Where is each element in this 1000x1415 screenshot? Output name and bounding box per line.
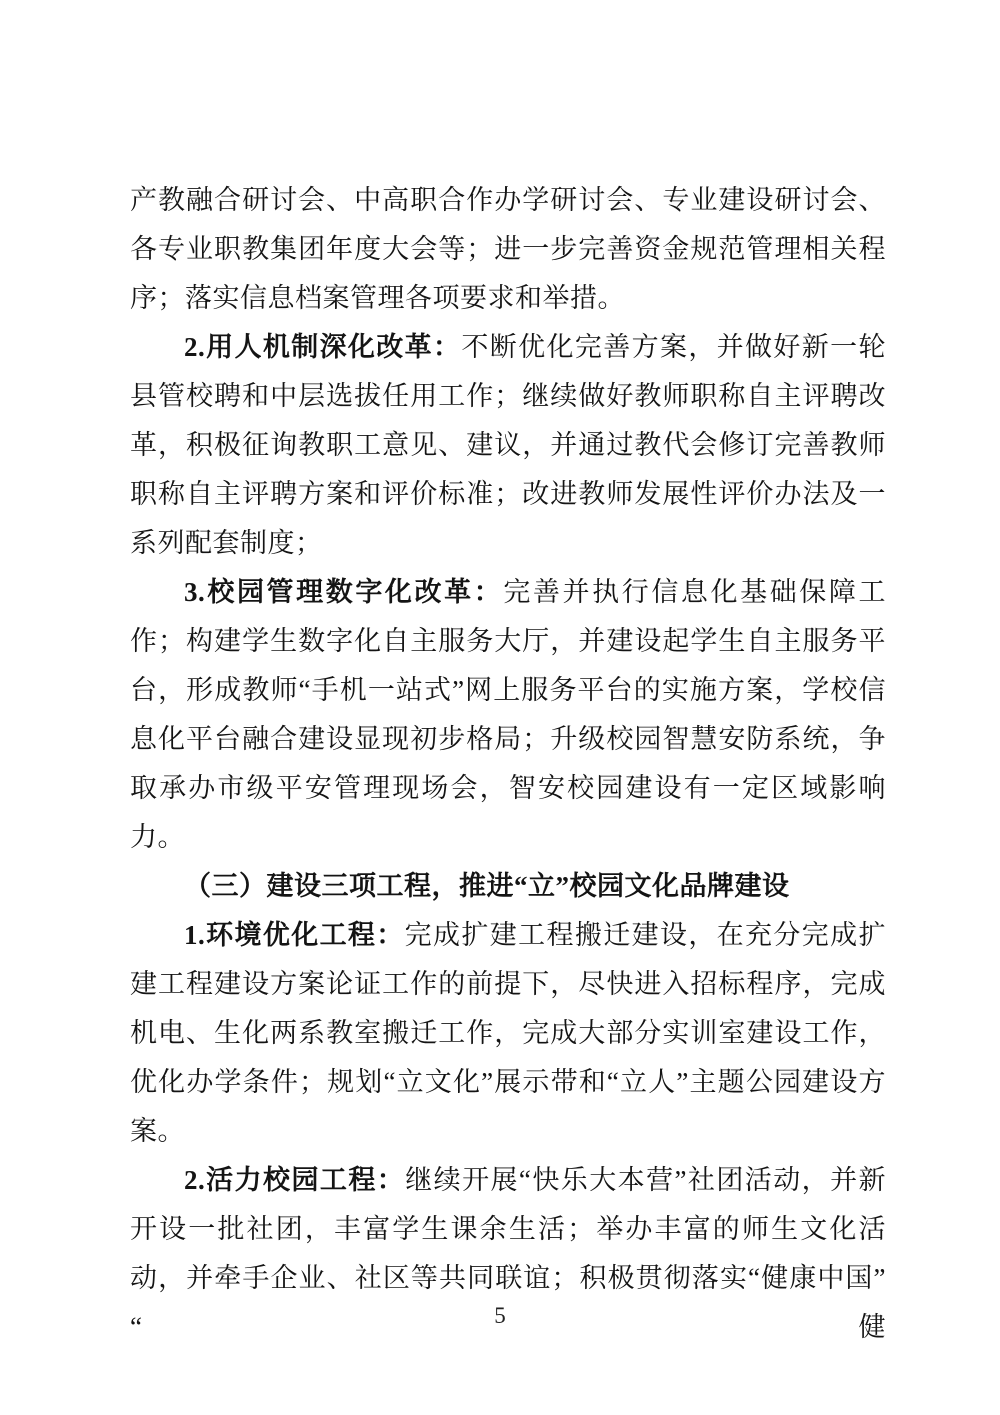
paragraph-text: 完善并执行信息化基础保障工作；构建学生数字化自主服务大厅，并建设起学生自主服务平…: [130, 577, 886, 852]
paragraph-item-1-env: 1.环境优化工程：完成扩建工程搬迁建设，在充分完成扩建工程建设方案论证工作的前提…: [130, 911, 886, 1156]
paragraph-text: 产教融合研讨会、中高职合作办学研讨会、专业建设研讨会、各专业职教集团年度大会等；…: [130, 185, 886, 313]
page-number: 5: [0, 1303, 1000, 1329]
paragraph-lead: 3.校园管理数字化改革：: [184, 577, 503, 607]
paragraph-text: 完成扩建工程搬迁建设，在充分完成扩建工程建设方案论证工作的前提下，尽快进入招标程…: [130, 920, 886, 1146]
paragraph-lead: 2.用人机制深化改革：: [184, 332, 461, 362]
paragraph-item-3: 3.校园管理数字化改革：完善并执行信息化基础保障工作；构建学生数字化自主服务大厅…: [130, 568, 886, 862]
page-content: 产教融合研讨会、中高职合作办学研讨会、专业建设研讨会、各专业职教集团年度大会等；…: [130, 176, 886, 1352]
paragraph-continuation: 产教融合研讨会、中高职合作办学研讨会、专业建设研讨会、各专业职教集团年度大会等；…: [130, 176, 886, 323]
paragraph-text: 不断优化完善方案，并做好新一轮县管校聘和中层选拔任用工作；继续做好教师职称自主评…: [130, 332, 886, 558]
paragraph-lead: 1.环境优化工程：: [184, 920, 405, 950]
document-page: 产教融合研讨会、中高职合作办学研讨会、专业建设研讨会、各专业职教集团年度大会等；…: [0, 0, 1000, 1415]
paragraph-item-2: 2.用人机制深化改革：不断优化完善方案，并做好新一轮县管校聘和中层选拔任用工作；…: [130, 323, 886, 568]
section-heading: （三）建设三项工程，推进“立”校园文化品牌建设: [130, 862, 886, 911]
paragraph-lead: 2.活力校园工程：: [184, 1165, 405, 1195]
